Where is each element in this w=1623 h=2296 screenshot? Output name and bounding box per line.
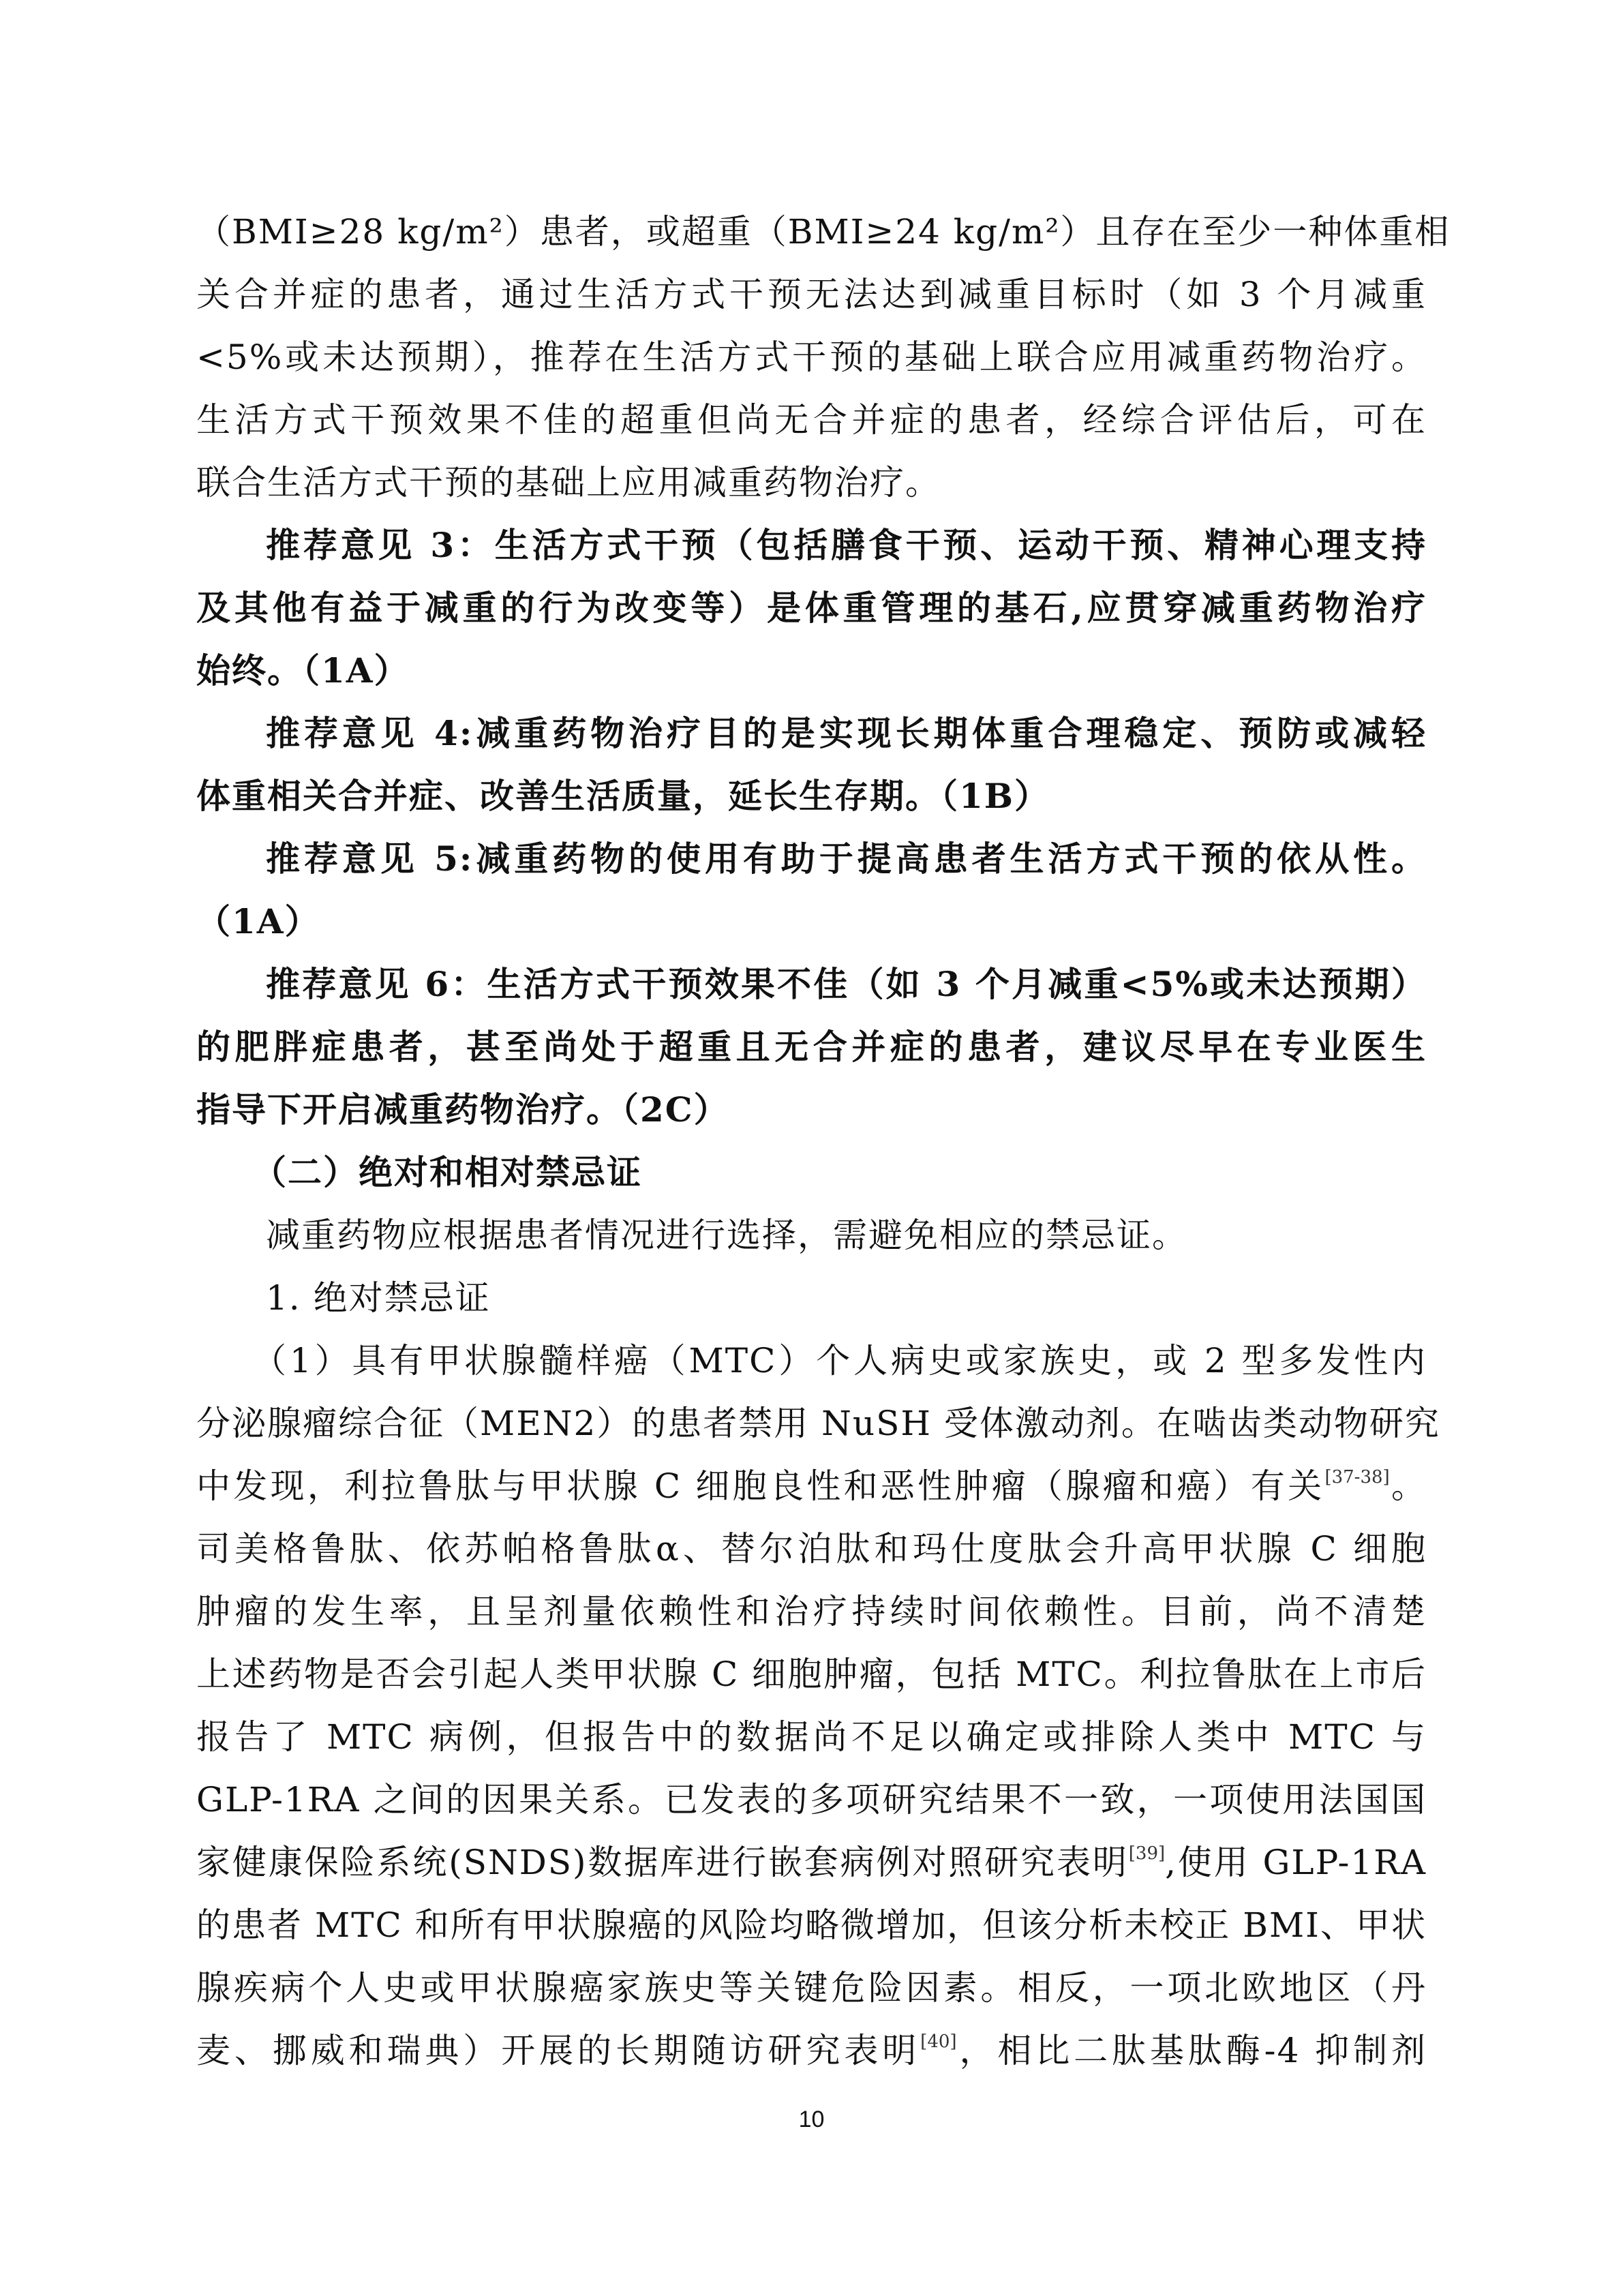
document-page: （BMI≥28 kg/m²）患者，或超重（BMI≥24 kg/m²）且存在至少一… bbox=[0, 0, 1623, 2296]
recommendation-4-line: 推荐意见 4:减重药物治疗目的是实现长期体重合理稳定、预防或减轻 bbox=[266, 706, 1427, 761]
citation-ref[interactable]: [40] bbox=[920, 2031, 956, 2052]
page-number: 10 bbox=[0, 2106, 1623, 2133]
body-line-text: 麦、挪威和瑞典）开展的长期随访研究表明 bbox=[196, 2031, 920, 2070]
body-line: 上述药物是否会引起人类甲状腺 C 细胞肿瘤，包括 MTC。利拉鲁肽在上市后 bbox=[196, 1647, 1427, 1702]
recommendation-3-line: 及其他有益于减重的行为改变等）是体重管理的基石,应贯穿减重药物治疗 bbox=[196, 581, 1427, 635]
recommendation-3-line: 推荐意见 3：生活方式干预（包括膳食干预、运动干预、精神心理支持 bbox=[266, 518, 1427, 573]
body-line-text: ，相比二肽基肽酶-4 抑制剂 bbox=[957, 2031, 1427, 2070]
body-line-text: 家健康保险系统(SNDS)数据库进行嵌套病例对照研究表明 bbox=[196, 1843, 1129, 1882]
intro-line: 减重药物应根据患者情况进行选择，需避免相应的禁忌证。 bbox=[266, 1208, 1427, 1263]
body-line: 司美格鲁肽、依苏帕格鲁肽α、替尔泊肽和玛仕度肽会升高甲状腺 C 细胞 bbox=[196, 1522, 1427, 1576]
section-heading: （二）绝对和相对禁忌证 bbox=[252, 1145, 1483, 1200]
body-line-with-citation: 中发现，利拉鲁肽与甲状腺 C 细胞良性和恶性肿瘤（腺瘤和癌）有关[37-38]。 bbox=[196, 1459, 1427, 1513]
body-line: 分泌腺瘤综合征（MEN2）的患者禁用 NuSH 受体激动剂。在啮齿类动物研究 bbox=[196, 1396, 1427, 1451]
recommendation-6-line: 的肥胖症患者，甚至尚处于超重且无合并症的患者，建议尽早在专业医生 bbox=[196, 1020, 1427, 1074]
citation-ref[interactable]: [39] bbox=[1129, 1843, 1165, 1864]
recommendation-6-line: 指导下开启减重药物治疗。（2C） bbox=[196, 1083, 1427, 1137]
recommendation-6-line: 推荐意见 6：生活方式干预效果不佳（如 3 个月减重<5%或未达预期） bbox=[266, 957, 1427, 1012]
paragraph-line: 联合生活方式干预的基础上应用减重药物治疗。 bbox=[196, 455, 1427, 510]
paragraph-line: 生活方式干预效果不佳的超重但尚无合并症的患者，经综合评估后，可在 bbox=[196, 393, 1427, 447]
body-line-with-citation: 家健康保险系统(SNDS)数据库进行嵌套病例对照研究表明[39],使用 GLP-… bbox=[196, 1835, 1427, 1890]
body-line-text: ,使用 GLP-1RA bbox=[1165, 1843, 1427, 1882]
recommendation-4-line: 体重相关合并症、改善生活质量，延长生存期。（1B） bbox=[196, 769, 1427, 824]
body-line-text: 中发现，利拉鲁肽与甲状腺 C 细胞良性和恶性肿瘤（腺瘤和癌）有关 bbox=[196, 1466, 1324, 1506]
paragraph-line: 关合并症的患者，通过生活方式干预无法达到减重目标时（如 3 个月减重 bbox=[196, 267, 1427, 322]
body-line: GLP-1RA 之间的因果关系。已发表的多项研究结果不一致，一项使用法国国 bbox=[196, 1772, 1427, 1827]
subsection-heading: 1. 绝对禁忌证 bbox=[266, 1271, 1427, 1325]
body-line: 肿瘤的发生率，且呈剂量依赖性和治疗持续时间依赖性。目前，尚不清楚 bbox=[196, 1584, 1427, 1639]
citation-ref[interactable]: [37-38] bbox=[1324, 1467, 1389, 1487]
body-line-text: 。 bbox=[1390, 1466, 1427, 1506]
body-line: （1）具有甲状腺髓样癌（MTC）个人病史或家族史，或 2 型多发性内 bbox=[252, 1333, 1427, 1388]
body-line: 报告了 MTC 病例，但报告中的数据尚不足以确定或排除人类中 MTC 与 bbox=[196, 1710, 1427, 1764]
recommendation-3-line: 始终。（1A） bbox=[196, 644, 1427, 698]
recommendation-5-line: 推荐意见 5:减重药物的使用有助于提高患者生活方式干预的依从性。 bbox=[266, 832, 1427, 886]
paragraph-line: <5%或未达预期），推荐在生活方式干预的基础上联合应用减重药物治疗。 bbox=[196, 330, 1427, 384]
paragraph-line: （BMI≥28 kg/m²）患者，或超重（BMI≥24 kg/m²）且存在至少一… bbox=[196, 205, 1427, 259]
body-line: 的患者 MTC 和所有甲状腺癌的风险均略微增加，但该分析未校正 BMI、甲状 bbox=[196, 1898, 1427, 1952]
recommendation-5-line: （1A） bbox=[196, 894, 1427, 949]
body-line-with-citation: 麦、挪威和瑞典）开展的长期随访研究表明[40]，相比二肽基肽酶-4 抑制剂 bbox=[196, 2023, 1427, 2078]
body-line: 腺疾病个人史或甲状腺癌家族史等关键危险因素。相反，一项北欧地区（丹 bbox=[196, 1961, 1427, 2015]
